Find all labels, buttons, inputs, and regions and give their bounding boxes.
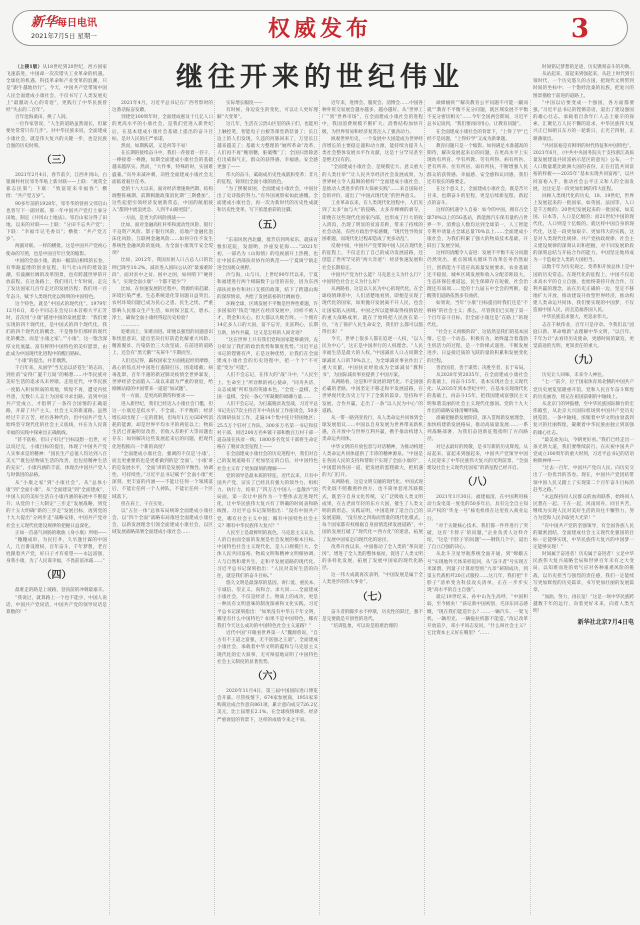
paragraph: 纵观世界历史，一个发展中大国能成为世界经济增长的主要稳定器和动力源，能持续为提升… <box>322 136 423 165</box>
paragraph-text: 悠久文明是最深厚的基因。讲仁爱、重民本、守诚信、崇正义、尚和合、求大同……全面建… <box>217 581 318 629</box>
paragraph-text: 沙与海，山与川。上世纪90年代以来，宁夏和福建进行两个相隔数千公里的省份，因为东… <box>217 273 318 299</box>
paragraph-text: 担在肩上，干在实处。 <box>121 502 167 507</box>
paragraph: 从站起来、富起来到强起来，从赶上时代到引领时代，一个历史悠久的古国，把现代文明带… <box>533 71 634 100</box>
paragraph-text: 党的领导是最本质的特征。近代以来，只有中国共产党，证实了已经具有强大的领导力、组… <box>217 474 318 529</box>
paragraph: 从“小康之家”到“小康社会”，从“总体小康”到“全面小康”，从“全面建设”到“全… <box>6 480 107 530</box>
paragraph: 善治国者，善于谋势；决胜至者，长于布局。 <box>427 365 528 372</box>
paragraph-text: 这个特色，就是“中国式的现代化”。1979年12月6日，邓小平同志在会见日本首相… <box>6 302 107 357</box>
paragraph-text: 从北京门的钟鼓楼，至中华民族国际舞台的宏伟殿堂，从北京大兴国际机场到中国共产党历… <box>533 402 634 436</box>
paragraph-text: 中华民族追求强大，更追求伟大。 <box>542 315 611 320</box>
article-headline: 继往开来的世纪伟业 <box>112 60 528 96</box>
paragraph-text: 这一伟大成就再次表明，“中国发展是属于全人类进步的伟大事业”。 <box>322 573 423 585</box>
paragraph: 这个特色，就是“中国式的现代化”。1979年12月6日，邓小平同志在会见日本首相… <box>6 301 107 358</box>
paragraph-text: 以“五位一体”总体布局统筹全面建成小康社会，以“四个全面”战略布局推进全面建成小… <box>112 509 213 535</box>
paragraph-text: 90多年前的1928年，邻冬华的曾祖父邻启山也曾写下一副对联。那一年中国共产党打… <box>6 202 107 243</box>
paragraph-text: 反观中国，中国共产党带领中国人民在现代化的征程上，不仅走出了自己的成功发展道路，… <box>322 244 423 270</box>
paragraph-text: “全面建成小康社会，强调的不仅是‘小康’，而且更重要的也是更难做到的是‘全面’。… <box>112 452 213 500</box>
paragraph: 百年沧海桑田，换了人间。 <box>6 114 107 121</box>
paragraph-text: 另一方面，是更高的期待和要求—— <box>121 394 195 399</box>
paragraph-text: 环顾全球，区域发展不平衡是世界性难题，许多国家的“钱荒”地区在经济发展中，同样不… <box>217 302 318 336</box>
paragraph: 时间属于奋进者！历史属于奋进者！立足中华民族伟大复兴战略全局和世界百年未有之大变… <box>533 551 634 594</box>
paragraph-text: 正如一首荡气回肠的歌曲《身小康》所唱—— <box>15 531 107 536</box>
paragraph: 中华文明的开放包容与对话精神，为推动构建人类命运共同体提供了丰沛的精神源泉。“中… <box>322 444 423 480</box>
paragraph: 人们不会忘记，为打赢脱贫攻坚战，习近平总书记先后7次主持召开中央扶贫工作座谈会，… <box>217 401 318 451</box>
paragraph: 比如，2012年，我国贫困人口占总人口的比例已降至10.2%，减贫进入国际公认的… <box>112 257 213 286</box>
paragraph: 2021年2月4日，春节前夕，江西井冈山，白银湖村村民邻冬华贴上新对联——上联：… <box>6 172 107 201</box>
column-divider <box>319 100 320 915</box>
paragraph-text: 准确把握新发展阶段，深入贯彻新发展理念，加快构建新发展格局，推动高质量发展……一… <box>427 416 528 442</box>
paragraph-text: 有时候，身边发生的变化，可以让人更好理解“大变革”。 <box>217 108 318 120</box>
article-column-3: 实际增长幅度——有时候，身边发生的变化，可以让人更好理解“大变革”。这几年，生活… <box>217 100 318 919</box>
paragraph-text: “共同富裕是有鲜明的时代特征和中国特色”。2021年6月，《中共中央国务院关于支… <box>533 144 634 192</box>
paragraph: 从北京门的钟鼓楼，至中华民族国际舞台的宏伟殿堂，从北京大兴国际机场到中国共产党历… <box>533 401 634 437</box>
paragraph: 人们还记得，霸权国家全方面挑起经贸摩擦，战心的焦点对中国进行遏制打压，围追堵截；… <box>112 358 213 394</box>
paragraph: 这样的机遇令人自豪：如今的中国，拥有占全球70%以上的5G基站，新能源汽车保有量… <box>427 207 528 250</box>
paragraph-text: 中华文明的开放包容与对话精神，为推动构建人类命运共同体提供了丰沛的精神源泉。“中… <box>322 445 423 479</box>
paragraph: 环顾全球，区域发展不平衡是世界性难题，许多国家的“钱荒”地区在经济发展中，同样不… <box>217 301 318 337</box>
paragraph: 对过去最好的致敬，是书写新的历史辉煌。从站起来、富起来到强起来，中国共产党领导中… <box>427 444 528 473</box>
paragraph: 到建党100周年时，全面建成惠及十几亿人口的更高水平的小康社会，是我们党进入新世… <box>112 114 213 143</box>
section-marker: （六） <box>217 668 318 686</box>
paragraph: “我说过，就算路上一个也不能少，中国人说话，中国共产党说话，中国共产党的领导说话… <box>6 595 107 616</box>
paragraph-text: 在长期的接续奋斗中，我们一茬接着一茬干，一棒接着一棒跑，如期全面建成小康社会的基… <box>112 151 213 185</box>
paragraph-text: “过去一百年，中国共产党向人民、向历史交出了一份优异的答卷。现在，中国共产党团结… <box>533 466 634 492</box>
paragraph-text: 近代中国“开眼看世界第一人”魏源曾说，“自古有不王道之富强，无不富强之王道”。全… <box>217 631 318 665</box>
paragraph: “培训乱象，可以说是很难治理的 <box>322 623 423 630</box>
paragraph: 从一带一路到亚投行，从人类命运共同体到全球发展倡议……中国以自身发展为世界带来新… <box>322 415 423 444</box>
paragraph-text: 2020年11月4日，第三届中国国际进口博览会开幕。尽管疫情下，674家参展商，… <box>217 689 318 723</box>
paragraph-text: 2021年4月，习近平总书记在广西考察时的这番话振奋发聩。 <box>112 101 213 113</box>
paragraph: 这一伟大成就再次表明，“中国发展是属于全人类进步的伟大事业”。 <box>322 572 423 586</box>
paragraph-text: 历史让人回味，未来令人神往。 <box>542 373 606 378</box>
dateline: 新华社北京7月4日电 <box>533 618 634 628</box>
paragraph: 从两路看，这是文明交融的现代化。中国式现代化既不照搬照抄西方，也不简单套用苏联模… <box>322 479 423 543</box>
paragraph: 今天，世界上很多人都在追逐一人权，“以人民为中心”，这正是中国奉行的人权理念。“… <box>322 336 423 379</box>
paragraph: 另一方面，是更高的期待和要求—— <box>112 393 213 400</box>
paragraph-text: 从北斗卫星导航系统全面开通，到“嫦娥五号”实现地外天体采样返回，从“奋斗者”号实… <box>427 552 528 593</box>
paragraph-text: 2021年1月30日，福建福清，在中国利用核动力发电第一度电的50多年后，具有完… <box>427 495 528 521</box>
paragraph: （上接1版）从18世纪到20世纪，西方国家飞速前进，中国却一次次错失工业革命的机… <box>6 64 107 114</box>
paragraph-text: 如果说，当年“小康”目标提出时我们还是“不够格”的社会主义；那么，尽管我们已实现… <box>427 301 528 327</box>
paragraph: “全面建成小康社会，强调的不仅是‘小康’，而且更重要的也是更难做到的是‘全面’。… <box>112 451 213 501</box>
paragraph: “七一”前夕，位于国家体育场北侧的中国共产党历史展览馆隆重开馆，党和人民百年奋斗… <box>533 379 634 400</box>
paragraph: 在全面建成小康社会的背景下，“上得了学”已经不是问题，“上得好学”又成为新课题。 <box>427 129 528 143</box>
paragraph-text: “东南风吹西北疆，群芳信到鸣家乐，就抹宵雅扣花院，发溜哟，沙座发花海……”202… <box>217 238 318 272</box>
paragraph-text: 改革开放以来，中国推动了全人类的“革向迎冈”，增进了全人类的整体福祉，促进了人类… <box>322 545 423 571</box>
paragraph-text: 比如，2012年，我国贫困人口占总人口的比例已降至10.2%，减贫进入国际公认的… <box>112 258 213 284</box>
paragraph-text: “培训乱象，可以说是很难治理的 <box>331 624 398 629</box>
paragraph: 在全面建成小康社会的历史进程中，我们对自己的发展道路有了更加坚定的自信，对中国特… <box>217 451 318 472</box>
paragraph: “穗穗成串，为民打井，久旱逢甘霖的中国人，几百番设窗棂，百年奋斗，千年梦想，老百… <box>6 537 107 566</box>
paragraph: 改革开放以来，中国推动了全人类的“革向迎冈”，增进了全人类的整体福祉，促进了人类… <box>322 544 423 573</box>
paragraph-text: 2021年2月4日，春节前夕，江西井冈山，白银湖村村民邻冬华贴上新对联——上联：… <box>6 173 107 199</box>
paragraph: 迎难而上，知难而进。即便以强烈的问题意识和忧患意识，提出坚决打好防范化解重大风险… <box>112 329 213 358</box>
paragraph: 奋斗者的脚步永不停歇，历史性的跃迁，强不是完要就是开创性的迭代。 <box>322 609 423 623</box>
paragraph: 担在肩上，干在实处。 <box>112 501 213 508</box>
paragraph: “中国以后要变成一个强国，各方面都要强。”习近平总书记的铿锵话语，道出了建设强国… <box>533 100 634 143</box>
paragraph-text: 在这个意义上，全面建成小康社会，既是苦尽甘来，也期奋斗的里程，更是后续新征程、新… <box>427 187 528 206</box>
paragraph: 一位作家曾说，“人生的道路虽然漫长，但紧要处常常只有几步”。对中华民族来说，全面… <box>6 121 107 150</box>
paragraph-text: 然而，如期践诺，又是何等不易！ <box>121 144 190 149</box>
paragraph: “加油，努力，再长征！”这是一场中华民族跨越数千年的远行，向着更好未来，向着人类… <box>533 594 634 615</box>
masthead: 新华每日电讯 2021年7月5日 星期一 权威发布 3 <box>12 10 628 46</box>
paragraph: 顽瘴痼疾”“解决教育公平问题不可能一蹴而就”“教育不平衡不充分问题，既区域发展不… <box>427 100 528 129</box>
paragraph-text: “社会主义初级阶段”，这依然是我们的基本国情。它是一个动态、积极有为、始终蕴含着… <box>427 330 528 364</box>
article-column-5: 顽瘴痼疾”“解决教育公平问题不可能一蹴而就”“教育不平衡不充分问题，既区域发展不… <box>427 100 528 919</box>
paragraph: “永远保持同人民群众的血肉联系，始终同人民想在一起、干在一起，风雨同舟、同甘共苦… <box>533 494 634 523</box>
paragraph: 近代中国“开眼看世界第一人”魏源曾说，“自古有不王道之富强，无不富强之王道”。全… <box>217 630 318 666</box>
paragraph: 然而，如期践诺，又是何等不易！ <box>112 143 213 150</box>
paragraph-text: 一方面，是更大的风险挑战—— <box>121 216 185 221</box>
paragraph-text: 从两路看，这是文明交融的现代化。中国式现代化既不照搬照抄西方，也不简单套用苏联模… <box>322 480 423 542</box>
paragraph-text: 伟大的奋斗，砥砺成历史性成就和变革；非凡的征程，铸刻出全面小康的底色。 <box>217 173 318 185</box>
paragraph-text: 百年沧海桑田，换了人间。 <box>15 115 70 120</box>
paragraph-text: “小康”的提出，并非偶然。 <box>15 359 70 364</box>
paragraph: 中国的全面小康，就如一幅前后相续的长卷，有筚路蓝缕的创业征程，有气壮山河的建设浪… <box>6 258 107 301</box>
paragraph: 工业革命以来，在人类现代化进程中，人们见到了太多“血与火”的侵略、太多赤裸裸的剥… <box>322 200 423 243</box>
paragraph: 回顾人类现代化的历史，18、19世纪，世界上发展起来的一批国家，如英国、法国等，… <box>533 193 634 265</box>
paragraph-text: “甚不富裕，但日子好过”目标设想一出世，可以说过完，小康目标的提出，体现了中国共… <box>6 438 107 479</box>
article-column-6: 时间铭记梦想的足迹，历史镌刻奋斗的功勋。从站起来、富起来到强起来，从赶上时代到引… <box>533 64 634 919</box>
column-divider <box>109 100 110 915</box>
paragraph-text: 教育问题只是一个缩影。如何满足水准越高的期待，解决发展起来后的问题，在更高水平上… <box>427 144 528 185</box>
column-divider <box>214 100 215 915</box>
paragraph: 如果说，当年“小康”目标提出时我们还是“不够格”的社会主义；那么，尽管我们已实现… <box>427 300 528 329</box>
paragraph-text: 今天，世界上很多人都在追逐一人权，“以人民为中心”，这正是中国奉行的人权理念。“… <box>322 337 423 378</box>
paragraph: “对于关键核心技术，我们都一件件进行了突破，这有‘卡脖子’的问题，”企业负责人这… <box>427 523 528 552</box>
paragraph-text: “为了摆脱贫困，全面建成小康社会，中国付出了史诗般的努力。”有外国观察家如此感慨… <box>217 187 318 213</box>
paragraph-text: 千百年来，从国学“当无忌以济苍生”的志向，到杜甫“安得广厦千万间”的畅想……中华… <box>6 366 107 435</box>
paragraph: 90多年前的1928年，邻冬华的曾祖父邻启山也曾写下一副对联。那一年中国共产党打… <box>6 201 107 244</box>
paragraph: 中华民族追求强大，更追求伟大。 <box>533 314 634 321</box>
paragraph-text: 这几年，生活在云贵山区里的孩子们，也能用上触控笔，智能电子白板等课堂新装备了；长… <box>217 122 318 170</box>
paragraph-text: 就记19世纪末，孙中山先生高呼，“中国积弱，至今极矣！”孩记新中国初创，毛泽东同… <box>427 595 528 636</box>
paragraph-text: 在全面建成小康社会的历史进程中，我们对自己的发展道路有了更加坚定的自信，对中国特… <box>217 452 318 471</box>
paragraph-text: 中国的全面小康，就如一幅前后相续的长卷，有筚路蓝缕的创业征程，有气壮山河的建设浪… <box>6 259 107 300</box>
paragraph-text: 从2020年到2035年，在全面建成小康社会的基础上，再奋斗15年，基本实现社会… <box>427 373 528 414</box>
paragraph: “为了摆脱贫困，全面建成小康社会，中国付出了史诗般的努力。”有外国观察家如此感慨… <box>217 186 318 215</box>
paragraph: 最难走的路是上坡路，登顶前的冲刺最艰辛。 <box>6 587 107 594</box>
paragraph-text: 党的十八大以来，面对经济增速换挡期、结构调整阵痛期、前期刺激政策消化期“三期叠加… <box>112 187 213 213</box>
paragraph: 这样的清醒令人奋进：发展不平衡不充分问题仍然突出，重点领域关键环节改革任务仍然艰… <box>427 250 528 300</box>
paragraph-text: “穗穗成串，为民打井，久旱逢甘霖的中国人，几百番设窗棂，百年奋斗，千年梦想，老百… <box>6 538 107 564</box>
paragraph-text: 回顾人类现代化的历史，18、19世纪，世界上发展起来的一批国家，如英国、法国等，… <box>533 194 634 263</box>
paragraph-text: 比如，在快速发展的过程中，资源约束趋紧、环境污染严重、生态系统退化等问题日益突出… <box>112 287 213 321</box>
paragraph: 有时候，身边发生的变化，可以让人更好理解“大变革”。 <box>217 107 318 121</box>
column-divider <box>530 100 531 915</box>
paragraph-text: 人们还记得，霸权国家全方面挑起经贸摩擦，战心的焦点对中国进行遏制打压，围追堵截；… <box>112 359 213 393</box>
paragraph-text: “有中国共产党的坚强领导，有全国各族人民的紧密团结，全面建成社会主义现代化强国的… <box>533 524 634 550</box>
paragraph-text: 最难走的路是上坡路，登顶前的冲刺最艰辛。 <box>15 588 107 593</box>
paragraph: 党的领导是最本质的特征。近代以来，只有中国共产党，证实了已经具有强大的领导力、组… <box>217 473 318 530</box>
paragraph-text: 到建党100周年时，全面建成惠及十几亿人口的更高水平的小康社会，是我们党进入新世… <box>112 115 213 141</box>
paragraph-text: 从站起来、富起来到强起来，从赶上时代到引领时代，一个历史悠久的古国，把现代文明带… <box>533 72 634 98</box>
paragraph-text: 以数千年为历史观之，变革和开放总体上是中国的历史常态。在现代化的征程上，中国不仅… <box>533 265 634 313</box>
paragraph-text: 纵观世界历史，一个发展中大国能成为世界经济增长的主要稳定器和动力源，能持续为提升… <box>322 137 423 163</box>
paragraph-text: 工业革命以来，在人类现代化进程中，人们见到了太多“血与火”的侵略、太多赤裸裸的剥… <box>322 201 423 242</box>
paragraph-text: 进入新世纪，我们已经迈入小康社会门槛，但这一小康还是低水平、不全面、不平衡的；经… <box>112 402 213 450</box>
paragraph: 中国共产党为什么能？马克思主义为什么行？中国特色社会主义为什么好？ <box>322 272 423 286</box>
column-divider <box>424 100 425 915</box>
paragraph: “过去一百年，中国共产党向人民、向历史交出了一份优异的答卷。现在，中国共产党团结… <box>533 465 634 494</box>
paragraph: 从北斗卫星导航系统全面开通，到“嫦娥五号”实现地外天体采样返回，从“奋斗者”号实… <box>427 551 528 594</box>
paragraph-text: 中国共产党为什么能？马克思主义为什么行？中国特色社会主义为什么好？ <box>322 273 423 285</box>
paragraph-text: 从一带一路到亚投行，从人类命运共同体到全球发展倡议……中国以自身发展为世界带来新… <box>322 416 423 442</box>
paragraph-text: 人民至上是最鲜明的底色。马克思主义认为，人的自由而全面的发展是社会发展的根本目标… <box>217 531 318 579</box>
section-marker: （九） <box>533 352 634 370</box>
paragraph-text: 两副对联，一样的横批。这是中国共产党初心使命的写照，也是中国百年巨变的缩影。 <box>6 244 107 256</box>
paragraph-text: ………… <box>121 323 139 328</box>
paragraph: 反观中国，中国共产党带领中国人民在现代化的征程上，不仅走出了自己的成功发展道路，… <box>322 243 423 272</box>
paragraph-text: “加油，努力，再长征！”这是一场中华民族跨越数千年的远行，向着更好未来，向着人类… <box>533 595 634 614</box>
article-column-1: （上接1版）从18世纪到20世纪，西方国家飞速前进，中国却一次次错失工业革命的机… <box>6 64 107 919</box>
paragraph: ………… <box>112 322 213 329</box>
paragraph: 党的十八大以来，面对经济增速换挡期、结构调整阵痛期、前期刺激政策消化期“三期叠加… <box>112 186 213 215</box>
paragraph: 人民至上是最鲜明的底色。马克思主义认为，人的自由而全面的发展是社会发展的根本目标… <box>217 530 318 580</box>
paragraph-text: 时间属于奋进者！历史属于奋进者！立足中华民族伟大复兴战略全局和世界百年未有之大变… <box>533 552 634 593</box>
section-marker: （五） <box>217 217 318 235</box>
paragraph: 时间铭记梦想的足迹，历史镌刻奋斗的功勋。 <box>533 64 634 71</box>
paragraph: 在这个意义上，全面建成小康社会，既是苦尽甘来，也期奋斗的里程，更是后续新征程、新… <box>427 186 528 207</box>
paragraph: 正如一首荡气回肠的歌曲《身小康》所唱—— <box>6 530 107 537</box>
paragraph: 从两路看，这是以人民为中心的现代化。在全球疫情肆虐中，人们清楚地看到，即便是实现… <box>322 286 423 336</box>
paragraph-text: 顽瘴痼疾”“解决教育公平问题不可能一蹴而就”“教育不平衡不充分问题，既区域发展不… <box>427 101 528 127</box>
paragraph: 近年来，进博会、服贸会、消博会……中国各种外贸交易展会越办越多，越办越好。从“世… <box>322 100 423 136</box>
section-marker: （七） <box>322 589 423 607</box>
paragraph-text: 实际增长幅度—— <box>226 101 263 106</box>
paragraph: 伟大的奋斗，砥砺成历史性成就和变革；非凡的征程，铸刻出全面小康的底色。 <box>217 172 318 186</box>
paragraph: “社会主义初级阶段”，这依然是我们的基本国情。它是一个动态、积极有为、始终蕴含着… <box>427 329 528 365</box>
page-number: 3 <box>571 13 589 45</box>
paragraph: 以“五位一体”总体布局统筹全面建成小康社会，以“四个全面”战略布局推进全面建成小… <box>112 508 213 537</box>
paragraph: “这在世界上只有我们党和国家能够做到，充分彰显了我们的政治优势和制度优势。”习近… <box>217 337 318 373</box>
paragraph: 志在千秋伟业，百年只是序章。今我们以“园庭日新，革命维新”去理解中华文明，“以百… <box>533 322 634 351</box>
paragraph-text: “中国以后要变成一个强国，各方面都要强。”习近平总书记的铿锵话语，道出了建设强国… <box>533 101 634 142</box>
paragraph-text: 从两路看，这是以人民为中心的现代化。在全球疫情肆虐中，人们清楚地看到，即便是实现… <box>322 287 423 335</box>
paragraph: 以数千年为历史观之，变革和开放总体上是中国的历史常态。在现代化的征程上，中国不仅… <box>533 264 634 314</box>
paragraph: “全面建成小康社会，是规模宏大、意义重大的人类壮举”“让人民共享经济社会发展成果… <box>322 164 423 200</box>
paragraph: 千百年来，从国学“当无忌以济苍生”的志向，到杜甫“安得广厦千万间”的畅想……中华… <box>6 365 107 437</box>
paragraph: 比如，在快速发展的过程中，资源约束趋紧、环境污染严重、生态系统退化等问题日益突出… <box>112 286 213 322</box>
paragraph: 2020年11月4日，第三届中国国际进口博览会开幕。尽管疫情下，674家参展商，… <box>217 688 318 724</box>
paragraph-text: 在全面建成小康社会的背景下，“上得了学”已经不是问题，“上得好学”又成为新课题。 <box>427 130 528 142</box>
paragraph-text: 时间铭记梦想的足迹，历史镌刻奋斗的功勋。 <box>542 65 634 70</box>
paragraph: 教育问题只是一个缩影。如何满足水准越高的期待，解决发展起来后的问题，在更高水平上… <box>427 143 528 186</box>
continued-from-label: （上接1版） <box>15 65 42 70</box>
paragraph-text: 这样的机遇令人自豪：如今的中国，拥有占全球70%以上的5G基站，新能源汽车保有量… <box>427 208 528 249</box>
paragraph: 就记19世纪末，孙中山先生高呼，“中国积弱，至今极矣！”孩记新中国初创，毛泽东同… <box>427 594 528 637</box>
section-marker: （八） <box>427 474 528 492</box>
paragraph-text: “最美欢先山，今朝更好看。”我们已经走出一条光明大道，我们要继续前行。在庆祝中国… <box>533 438 634 464</box>
paragraph: “最美欢先山，今朝更好看。”我们已经走出一条光明大道，我们要继续前行。在庆祝中国… <box>533 437 634 466</box>
paragraph: 沙与海，山与川。上世纪90年代以来，宁夏和福建进行两个相隔数千公里的省份，因为东… <box>217 272 318 301</box>
paragraph-text: “全面建成小康社会，是规模宏大、意义重大的人类壮举”“让人民共享经济社会发展成果… <box>322 165 423 199</box>
paragraph: 从两路看，这是和平发展的现代化。不走国强必霸的老路，中国坚定不移走和平发展道路，… <box>322 379 423 415</box>
paragraph: 在长期的接续奋斗中，我们一茬接着一茬干，一棒接着一棒跑，如期全面建成小康社会的基… <box>112 150 213 186</box>
paragraph-text: 比如，面对金融高杠杆率和流动性风险、银行不良资产风险、影子银行风险、房地产金融化… <box>112 223 213 257</box>
paragraph-text: 从18世纪到20世纪，西方国家飞速前进，中国却一次次错失工业革命的机遇。全球化的… <box>6 65 107 113</box>
paragraph: 2021年4月，习近平总书记在广西考察时的这番话振奋发聩。 <box>112 100 213 114</box>
paragraph-text: “对于关键核心技术，我们都一件件进行了突破，这有‘卡脖子’的问题，”企业负责人这… <box>427 524 528 550</box>
paragraph-text: “这在世界上只有我们党和国家能够做到，充分彰显了我们的政治优势和制度优势。”习近… <box>217 338 318 372</box>
paragraph-text: 这样的清醒令人奋进：发展不平衡不充分问题仍然突出，重点领域关键环节改革任务仍然艰… <box>427 251 528 299</box>
paragraph: 进入新世纪，我们已经迈入小康社会门槛，但这一小康还是低水平、不全面、不平衡的；经… <box>112 401 213 451</box>
paragraph-text: 善治国者，善于谋势；决胜至者，长于布局。 <box>436 366 528 371</box>
article-column-2: 2021年4月，习近平总书记在广西考察时的这番话振奋发聩。到建党100周年时，全… <box>112 100 213 919</box>
paragraph: 悠久文明是最深厚的基因。讲仁爱、重民本、守诚信、崇正义、尚和合、求大同……全面建… <box>217 580 318 630</box>
paragraph-text: 人们不会忘记，为打赢脱贫攻坚战，习近平总书记先后7次主持召开中央扶贫工作座谈会，… <box>217 402 318 450</box>
paragraph-text: 迎难而上，知难而进。即便以强烈的问题意识和忧患意识，提出坚决打好防范化解重大风险… <box>112 330 213 356</box>
paragraph: “东南风吹西北疆，群芳信到鸣家乐，就抹宵雅扣花院，发溜哟，沙座发花海……”202… <box>217 237 318 273</box>
paragraph: 从2020年到2035年，在全面建成小康社会的基础上，再奋斗15年，基本实现社会… <box>427 372 528 415</box>
section-title: 权威发布 <box>13 15 627 43</box>
paragraph: 准确把握新发展阶段，深入贯彻新发展理念，加快构建新发展格局，推动高质量发展……一… <box>427 415 528 444</box>
paragraph-text: “我说过，就算路上一个也不能少，中国人说话，中国共产党说话，中国共产党的领导说话… <box>6 596 107 615</box>
paragraph-text: 志在千秋伟业，百年只是序章。今我们以“园庭日新，革命维新”去理解中华文明，“以百… <box>533 323 634 349</box>
paragraph: 实际增长幅度—— <box>217 100 318 107</box>
paragraph: 一方面，是更大的风险挑战—— <box>112 215 213 222</box>
paragraph: 两副对联，一样的横批。这是中国共产党初心使命的写照，也是中国百年巨变的缩影。 <box>6 243 107 257</box>
paragraph: “甚不富裕，但日子好过”目标设想一出世，可以说过完，小康目标的提出，体现了中国共… <box>6 437 107 480</box>
article-column-4: 近年来，进博会、服贸会、消博会……中国各种外贸交易展会越办越多，越办越好。从“世… <box>322 100 423 919</box>
paragraph-text: 近年来，进博会、服贸会、消博会……中国各种外贸交易展会越办越多，越办越好。从“世… <box>322 101 423 135</box>
paragraph-text: “七一”前夕，位于国家体育场北侧的中国共产党历史展览馆隆重开馆，党和人民百年奋斗… <box>533 380 634 399</box>
paragraph-text: 人们不会忘记，在伟大的“战”斗中，“人民至上、生命至上”所诠释的初心使命，“同舟… <box>217 373 318 399</box>
paragraph-text: 从两路看，这是和平发展的现代化。不走国强必霸的老路，中国坚定不移走和平发展道路，… <box>322 380 423 414</box>
paragraph: 2021年1月30日，福建福清，在中国利用核动力发电第一度电的50多年后，具有完… <box>427 494 528 523</box>
paragraph: “小康”的提出，并非偶然。 <box>6 358 107 365</box>
paragraph-text: 一位作家曾说，“人生的道路虽然漫长，但紧要处常常只有几步”。对中华民族来说，全面… <box>6 122 107 148</box>
paragraph: 这几年，生活在云贵山区里的孩子们，也能用上触控笔，智能电子白板等课堂新装备了；长… <box>217 121 318 171</box>
paragraph: 人们不会忘记，在伟大的“战”斗中，“人民至上、生命至上”所诠释的初心使命，“同舟… <box>217 372 318 401</box>
paragraph-text: 对过去最好的致敬，是书写新的历史辉煌。从站起来、富起来到强起来，中国共产党领导中… <box>427 445 528 471</box>
paragraph-text: 奋斗者的脚步永不停歇，历史性的跃迁，强不是完要就是开创性的迭代。 <box>322 610 423 622</box>
section-marker: （四） <box>6 567 107 585</box>
paragraph: 比如，面对金融高杠杆率和流动性风险、银行不良资产风险、影子银行风险、房地产金融化… <box>112 222 213 258</box>
paragraph-text: “永远保持同人民群众的血肉联系，始终同人民想在一起、干在一起，风雨同舟、同甘共苦… <box>533 495 634 521</box>
paragraph-text: 从“小康之家”到“小康社会”，从“总体小康”到“全面小康”，从“全面建设”到“全… <box>6 481 107 529</box>
paragraph: 历史让人回味，未来令人神往。 <box>533 372 634 379</box>
section-marker: （三） <box>6 152 107 170</box>
paragraph: “共同富裕是有鲜明的时代特征和中国特色”。2021年6月，《中共中央国务院关于支… <box>533 143 634 193</box>
paragraph: “有中国共产党的坚强领导，有全国各族人民的紧密团结，全面建成社会主义现代化强国的… <box>533 523 634 552</box>
